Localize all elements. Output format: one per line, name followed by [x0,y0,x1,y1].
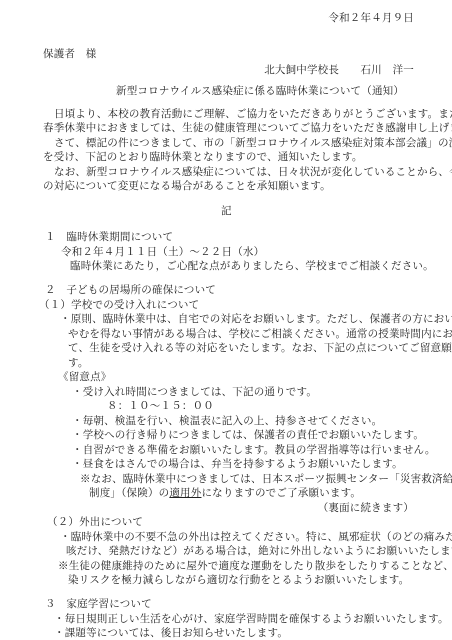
body-line: ・原則、臨時休業中は、自宅での対応をお願いします。ただし、保護者の方において、 [60,312,452,326]
continued-note: （裏面に続きます） [318,501,414,515]
note-item: ・自習ができる準備をお願いいたします。教員の学習指導等は行いません。 [72,443,436,457]
insurance-post: になりますのでご了承願います。 [201,487,361,499]
body-line: ・臨時休業中の不要不急の外出は控えてください。特に、風邪症状（のどの痛みだけ、 [60,530,452,544]
closure-period: 令和２年４月１１日（土）～２２日（水） [61,245,264,259]
note-item: ・毎朝、検温を行い、検温表に記入の上、持参させてください。 [72,414,382,428]
body-line: す。 [68,356,89,370]
list-item: ・毎日規則正しい生活を心がけ、家庭学習時間を確保するようお願いいたします。 [54,612,449,626]
section-2-heading: ２ 子どもの居場所の確保について [45,283,216,297]
recipient: 保護者 様 [43,47,97,61]
intro-line: 春季休業中におきましては、生徒の健康管理についてご協力をいただき感謝申し上げます… [43,121,452,135]
notes-label: 《留意点》 [58,370,112,384]
list-item: ・課題等については、後日お知らせいたします。 [54,626,288,640]
ki-heading: 記 [221,204,232,218]
note-item: ※なお、臨時休業中につきましては、日本スポーツ振興センター「災害救済給付 [80,472,452,486]
body-line: やむを得ない事情がある場合は、学校にご相談ください。通常の授業時間内におい [68,327,452,341]
section-1-heading: １ 臨時休業期間について [45,230,173,244]
body-line: ※生徒の健康維持のために屋外で適度な運動をしたり散歩をしたりすることなど、感 [58,559,452,573]
intro-line: 日頃より、本校の教育活動にご理解、ご協力をいただきありがとうございます。また、 [54,107,452,121]
insurance-pre: 制度」（保険）の [89,487,169,499]
sender: 北大飼中学校長 石川 洋一 [264,63,414,77]
insurance-note: 制度」（保険）の適用外になりますのでご了承願います。 [89,486,361,500]
intro-line: なお、新型コロナウイルス感染症については、日々状況が変化していることから、今後 [54,165,452,179]
intro-line: の対応について変更になる場合があることを承知願います。 [43,179,331,193]
document-date: 令和２年４月９日 [328,11,414,25]
subsection-2-heading: （２）外出について [47,515,143,529]
body-line: 染リスクを極力減らしながら適切な行動をとるようお願いいたします。 [68,573,409,587]
closure-note: 臨時休業にあたり，ご心配な点がありましたら、学校までご相談ください。 [70,259,434,273]
insurance-underlined: 適用外 [169,487,201,499]
reception-hours: ８：１０～１５：００ [107,399,214,413]
section-3-heading: ３ 家庭学習について [45,597,152,611]
body-line: 咳だけ、発熱だけなど）がある場合は，絶対に外出しないようにお願いいたします。 [66,544,452,558]
intro-line: さて、標記の件につきまして、市の「新型コロナウイルス感染症対策本部会議」の決定 [54,136,452,150]
page-title: 新型コロナウイルス感染症に係る臨時休業について（通知） [116,84,404,98]
body-line: て、生徒を受け入れる等の対応をいたします。なお、下記の点についてご留意願いま [68,341,452,355]
intro-line: を受け、下記のとおり臨時休業となりますので、通知いたします。 [43,150,363,164]
subsection-1-heading: （１）学校での受け入れについて [39,298,199,312]
note-item: ・昼食をはさんでの場合は、弁当を持参するようお願いいたします。 [72,457,403,471]
note-item: ・学校への行き帰りにつきましては、保護者の責任でお願いいたします。 [72,428,424,442]
note-item: ・受け入れ時間につきましては、下記の通りです。 [72,385,317,399]
